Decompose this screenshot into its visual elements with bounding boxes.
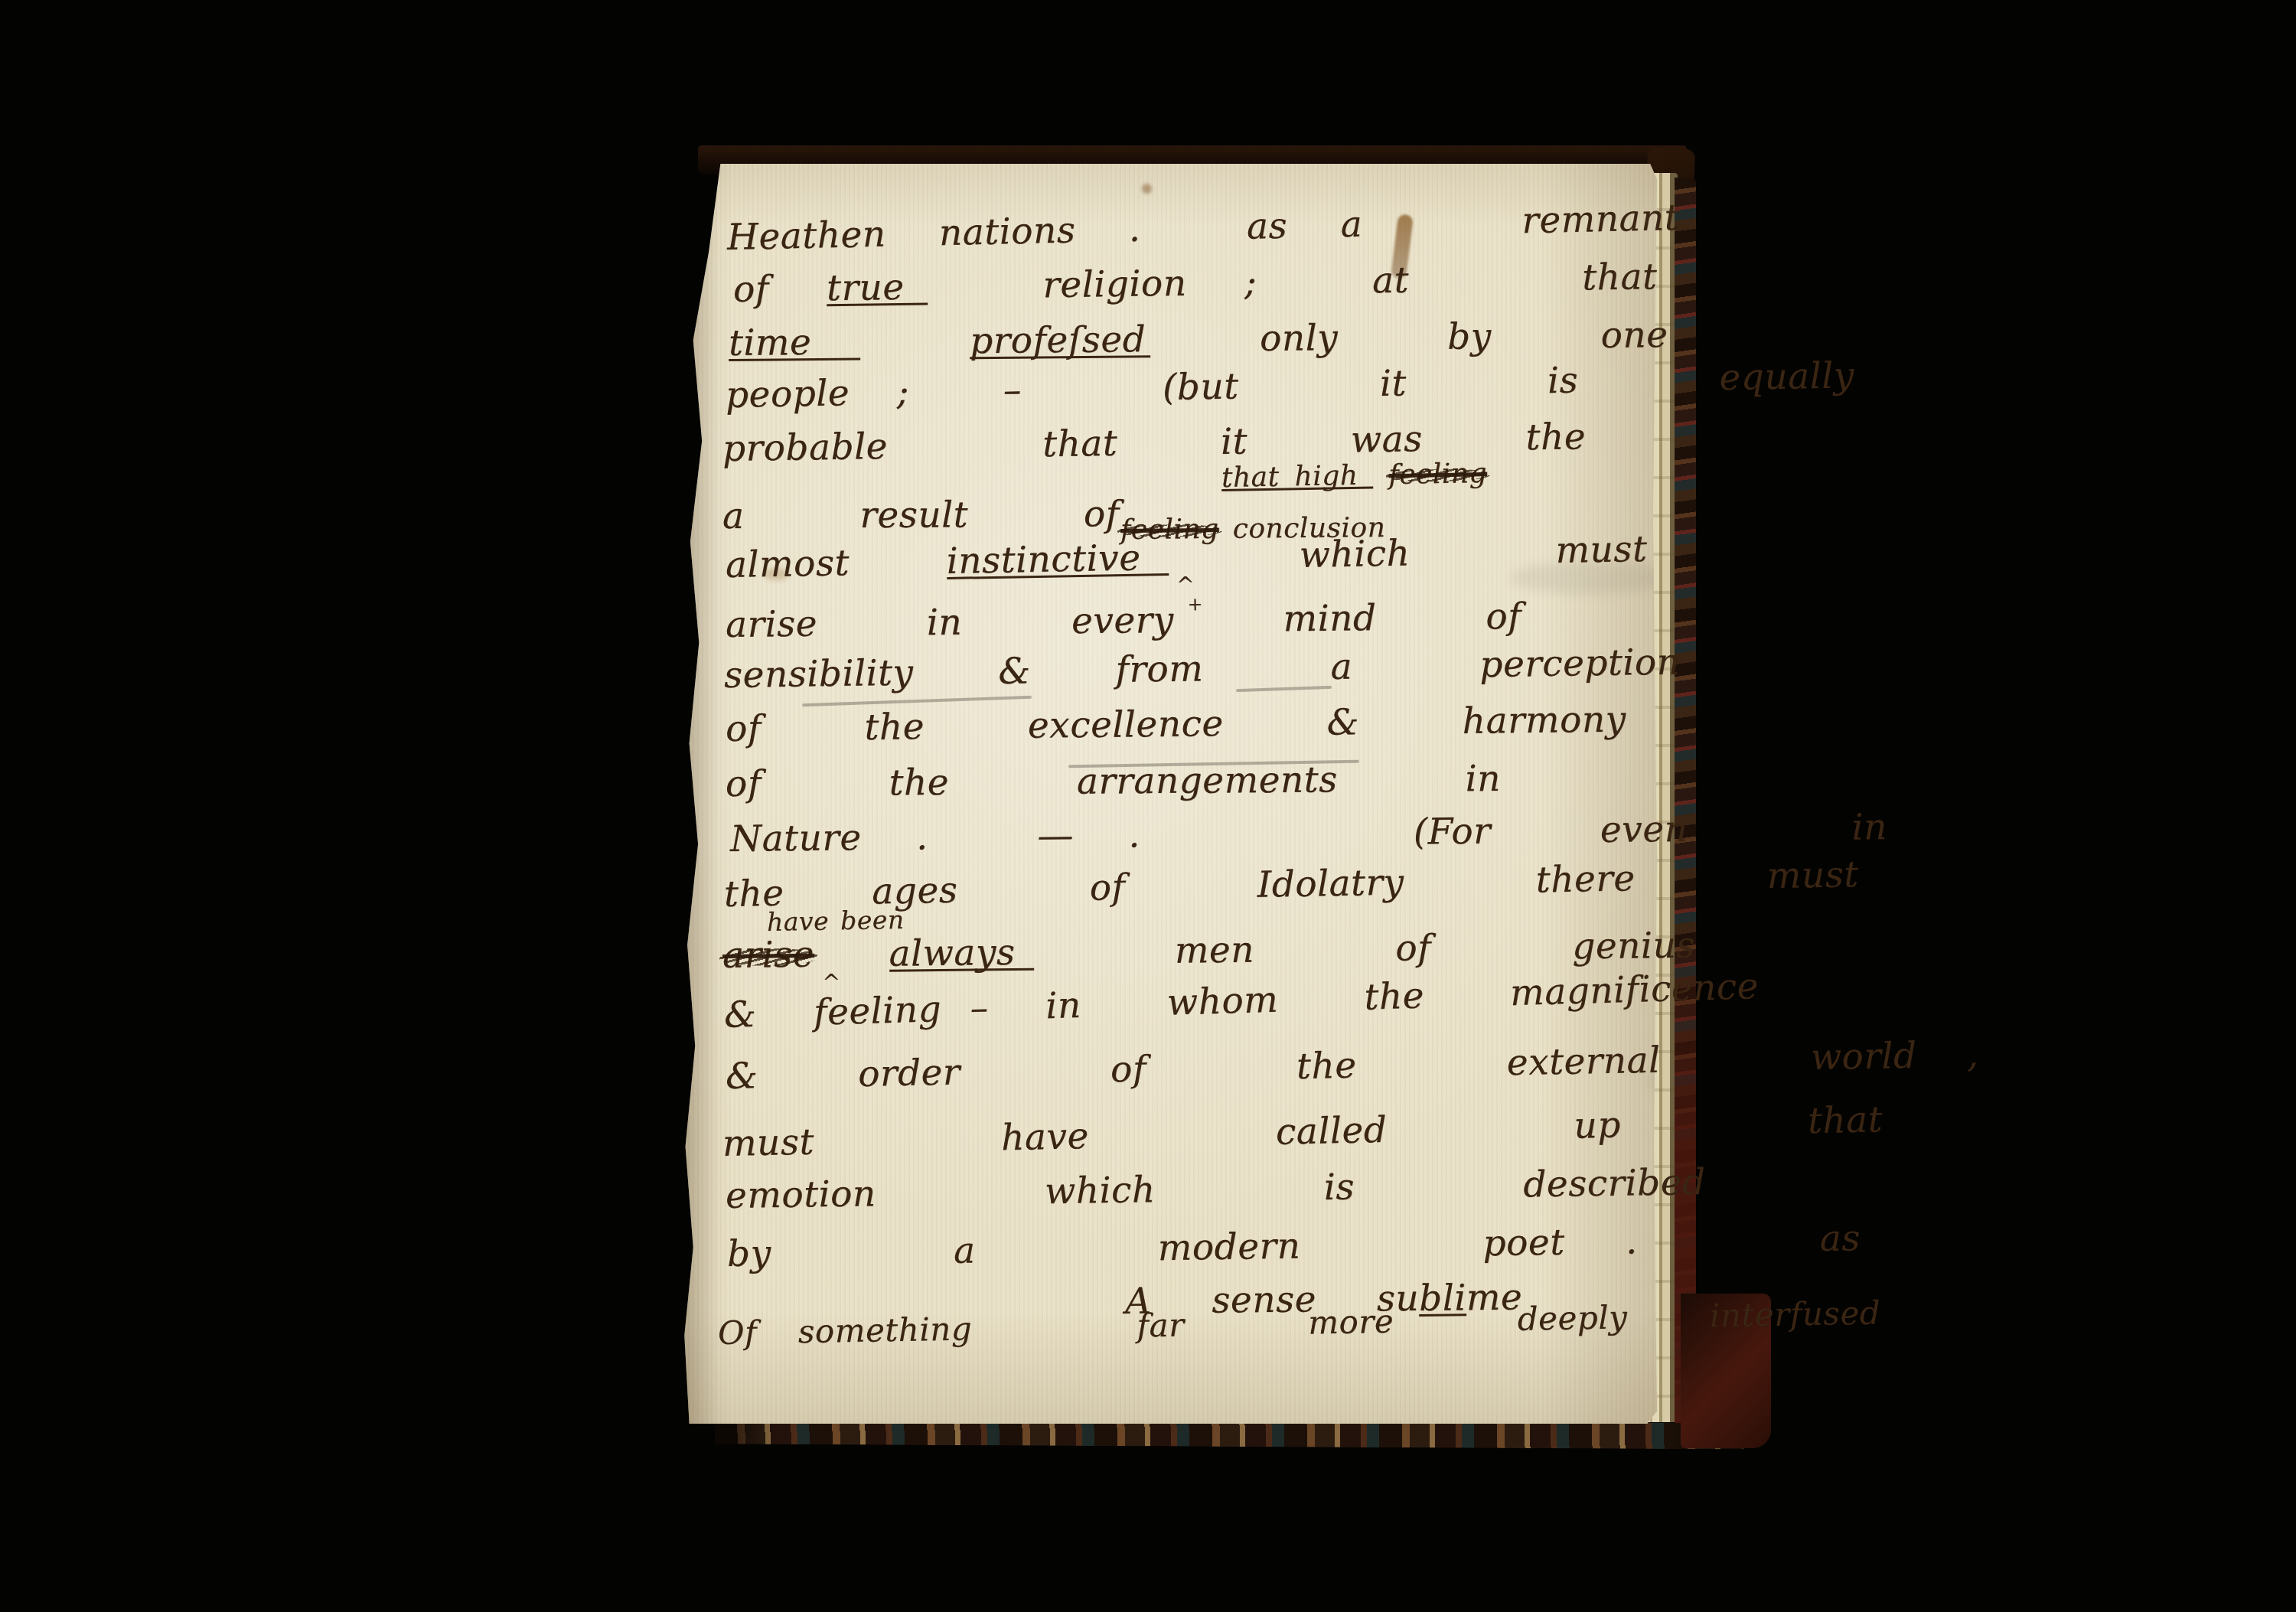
manuscript-line: have been [767, 906, 905, 937]
text-segment: Heathen nations . as a remnant [726, 197, 1679, 259]
manuscript-line: must have called up that [722, 1099, 1883, 1165]
text-segment: a result of [722, 493, 1120, 537]
text-segment: have been [767, 905, 905, 937]
text-segment: of the excellence & harmony [726, 699, 1626, 750]
text-segment: arise [722, 934, 815, 977]
text-segment: true [827, 266, 928, 309]
photo-background: Heathen nations . as a remnantof true re… [0, 0, 2296, 1612]
text-segment: feeling [1388, 458, 1487, 491]
manuscript-line: a result of [722, 494, 1120, 537]
text-segment: must have called up that [722, 1098, 1883, 1165]
text-segment: Nature . — . (For even in [730, 806, 1888, 860]
text-segment: which must [1202, 528, 1648, 578]
text-segment: time [729, 321, 861, 364]
manuscript-line: arise^ always men of genius [722, 925, 1695, 977]
manuscript-line: & feeling – in whom the magnificence [723, 966, 1760, 1036]
manuscript-line: Heathen nations . as a remnant [726, 197, 1679, 259]
manuscript-line: that high feeling [1221, 458, 1488, 494]
text-segment: that high [1221, 460, 1374, 494]
manuscript-line: of the excellence & harmony [726, 700, 1626, 750]
manuscript-line: by a modern poet . as [727, 1218, 1861, 1275]
text-segment: & order of the external world , [726, 1033, 1979, 1098]
text-segment: arise in every mind of [726, 596, 1522, 646]
text-segment: of [733, 267, 827, 311]
manuscript-line: & order of the external world , [726, 1034, 1979, 1098]
text-segment: only by one [1150, 314, 1668, 361]
text-segment [860, 320, 970, 363]
manuscript-text: Heathen nations . as a remnantof true re… [0, 0, 2296, 1612]
text-segment: men of genius [1033, 925, 1695, 974]
manuscript-line: almost instinctive^+ which must [726, 529, 1648, 586]
text-segment: profeſsed [970, 318, 1150, 362]
manuscript-line: sensibility & from a perception [724, 642, 1681, 697]
text-segment: & feeling – in whom the magnificence [723, 965, 1760, 1036]
text-segment: people ; – (but it is equally [726, 354, 1855, 416]
manuscript-line: of true religion ; at that [733, 256, 1658, 311]
text-segment [842, 933, 889, 976]
manuscript-line: time profeſsed only by one [729, 315, 1668, 364]
text-segment: instinctive [946, 537, 1169, 582]
text-segment: sensibility & from a perception [724, 641, 1681, 697]
manuscript-line: Nature . — . (For even in [730, 807, 1888, 860]
manuscript-line: emotion which is described [726, 1162, 1706, 1217]
text-segment: religion ; at that [927, 256, 1658, 308]
manuscript-line: people ; – (but it is equally [726, 355, 1855, 416]
text-segment: by a modern poet . as [727, 1217, 1861, 1275]
text-segment: almost [726, 540, 947, 586]
manuscript-line: arise in every mind of [726, 596, 1522, 646]
text-segment: emotion which is described [726, 1161, 1706, 1217]
text-segment: always [889, 932, 1034, 975]
